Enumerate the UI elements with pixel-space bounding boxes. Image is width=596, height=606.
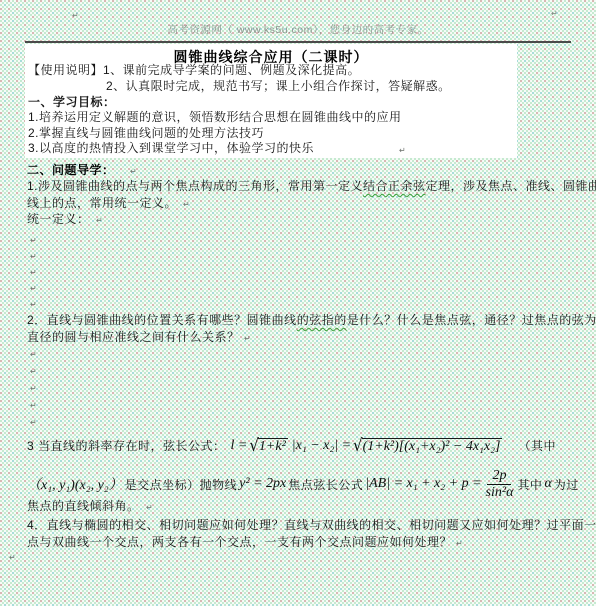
- paragraph-mark-icon: ↵: [9, 554, 16, 562]
- q3-label: 3 当直线的斜率存在时，弦长公式：: [27, 437, 226, 454]
- goal-item-2: 2.掌握直线与圆锥曲线问题的处理方法技巧: [28, 126, 264, 141]
- question-3-line-3: 焦点的直线倾斜角。: [27, 499, 140, 514]
- q3-formula-lhs: l =: [231, 438, 248, 454]
- radical-sign-icon: √: [353, 436, 363, 452]
- paragraph-mark-icon: ↵: [30, 253, 37, 261]
- radicand-2: (1+k²)[(x₁+x₂)² − 4x₁x₂]: [362, 438, 503, 454]
- question-1-subprompt: 统一定义：: [27, 212, 90, 227]
- q2-spellcheck-wavy: 的弦指的: [297, 313, 347, 327]
- q3-where-text-2: 为过: [554, 476, 579, 493]
- worksheet-page: ↵ ↵ 高考资源网（ www.ks5u.com），您身边的高考专家。 圆锥曲线综…: [0, 0, 596, 606]
- paragraph-mark-icon: ↵: [30, 385, 37, 393]
- q3-formula-mid: |x₁ − x₂| =: [292, 438, 351, 454]
- q3-where-text: 其中: [517, 476, 542, 493]
- q1-text-b: 定理，涉及焦点、准线、圆锥曲: [426, 179, 596, 193]
- q2-text-a: 2．直线与圆锥曲线的位置关系有哪些？圆锥曲线: [27, 313, 297, 327]
- paragraph-mark-icon: ↵: [551, 10, 558, 18]
- paragraph-mark-icon: ↵: [146, 504, 153, 512]
- q1-spellcheck-wavy: 结合正余弦: [363, 179, 426, 193]
- radical-2: √ (1+k²)[(x₁+x₂)² − 4x₁x₂]: [353, 438, 502, 454]
- site-watermark: 高考资源网（ www.ks5u.com），您身边的高考专家。: [0, 22, 596, 37]
- coords-token: （x₁, y₁)(x₂, y₂）: [27, 474, 123, 494]
- question-1-line-1: 1.涉及圆锥曲线的点与两个焦点构成的三角形，常用第一定义结合正余弦定理，涉及焦点…: [27, 179, 596, 194]
- fraction: 2p sin²α: [486, 469, 514, 500]
- paragraph-mark-icon: ↵: [30, 368, 37, 376]
- radical-sign-icon: √: [249, 436, 259, 452]
- question-2-line-2: 直径的圆与相应准线之间有什么关系？: [27, 330, 240, 345]
- paragraph-mark-icon: ↵: [30, 402, 37, 410]
- paragraph-mark-icon: ↵: [30, 285, 37, 293]
- document-header-box: 圆锥曲线综合应用（二课时） 【使用说明】1、课前完成导学案的问题、例题及深化提高…: [25, 44, 517, 158]
- radical-1: √ 1+k²: [249, 438, 287, 454]
- usage-note-line-1: 【使用说明】1、课前完成导学案的问题、例题及深化提高。: [28, 63, 360, 78]
- fraction-denominator: sin²α: [486, 485, 514, 500]
- paragraph-mark-icon: ↵: [30, 269, 37, 277]
- alpha-symbol: α: [544, 476, 551, 492]
- usage-note-line-2: 2、认真限时完成，规范书写；课上小组合作探讨，答疑解惑。: [106, 79, 451, 94]
- focal-chord-caption: 焦点弦长公式: [288, 476, 363, 493]
- question-4-line-2: 点与双曲线一个交点，两支各有一个交点，一支有两个交点问题应如何处理？: [27, 535, 452, 550]
- paragraph-mark-icon: ↵: [399, 147, 406, 155]
- question-1-line-2: 线上的点，常用统一定义。: [27, 196, 177, 211]
- question-3-formula-line: 3 当直线的斜率存在时，弦长公式： l = √ 1+k² |x₁ − x₂| =…: [27, 437, 556, 454]
- paragraph-mark-icon: ↵: [244, 335, 251, 343]
- paragraph-mark-icon: ↵: [96, 217, 103, 225]
- goal-item-3: 3.以高度的热情投入到课堂学习中，体验学习的快乐: [28, 141, 314, 156]
- fraction-numerator: 2p: [487, 469, 511, 485]
- paragraph-mark-icon: ↵: [30, 419, 37, 427]
- parabola-equation: y² = 2px: [239, 476, 286, 492]
- q1-text-a: 1.涉及圆锥曲线的点与两个焦点构成的三角形，常用第一定义: [27, 179, 363, 193]
- q3-tail: （其中: [518, 437, 556, 454]
- question-2-line-1: 2．直线与圆锥曲线的位置关系有哪些？圆锥曲线的弦指的是什么？什么是焦点弦，通径？…: [27, 313, 596, 328]
- radicand-1: 1+k²: [258, 438, 288, 454]
- coords-caption: 是交点坐标）抛物线: [125, 476, 238, 493]
- header-divider: [25, 41, 571, 43]
- focal-chord-formula: |AB| = x₁ + x₂ + p =: [365, 476, 481, 492]
- question-3-formula-line-2: （x₁, y₁)(x₂, y₂） 是交点坐标）抛物线 y² = 2px 焦点弦长…: [27, 466, 579, 502]
- paragraph-mark-icon: ↵: [183, 201, 190, 209]
- goals-heading: 一、学习目标：: [28, 95, 116, 110]
- paragraph-mark-icon: ↵: [30, 301, 37, 309]
- paragraph-mark-icon: ↵: [456, 540, 463, 548]
- paragraph-mark-icon: ↵: [30, 351, 37, 359]
- paragraph-mark-icon: ↵: [72, 12, 79, 20]
- goal-item-1: 1.培养运用定义解题的意识，领悟数形结合思想在圆锥曲线中的应用: [28, 110, 402, 125]
- q2-text-b: 是什么？什么是焦点弦，通径？过焦点的弦为: [347, 313, 596, 327]
- paragraph-mark-icon: ↵: [30, 237, 37, 245]
- paragraph-mark-icon: ↵: [130, 168, 137, 176]
- section-2-heading: 二、问题导学：: [27, 163, 115, 178]
- question-4-line-1: 4．直线与椭圆的相交、相切问题应如何处理？直线与双曲线的相交、相切问题又应如何处…: [27, 518, 596, 533]
